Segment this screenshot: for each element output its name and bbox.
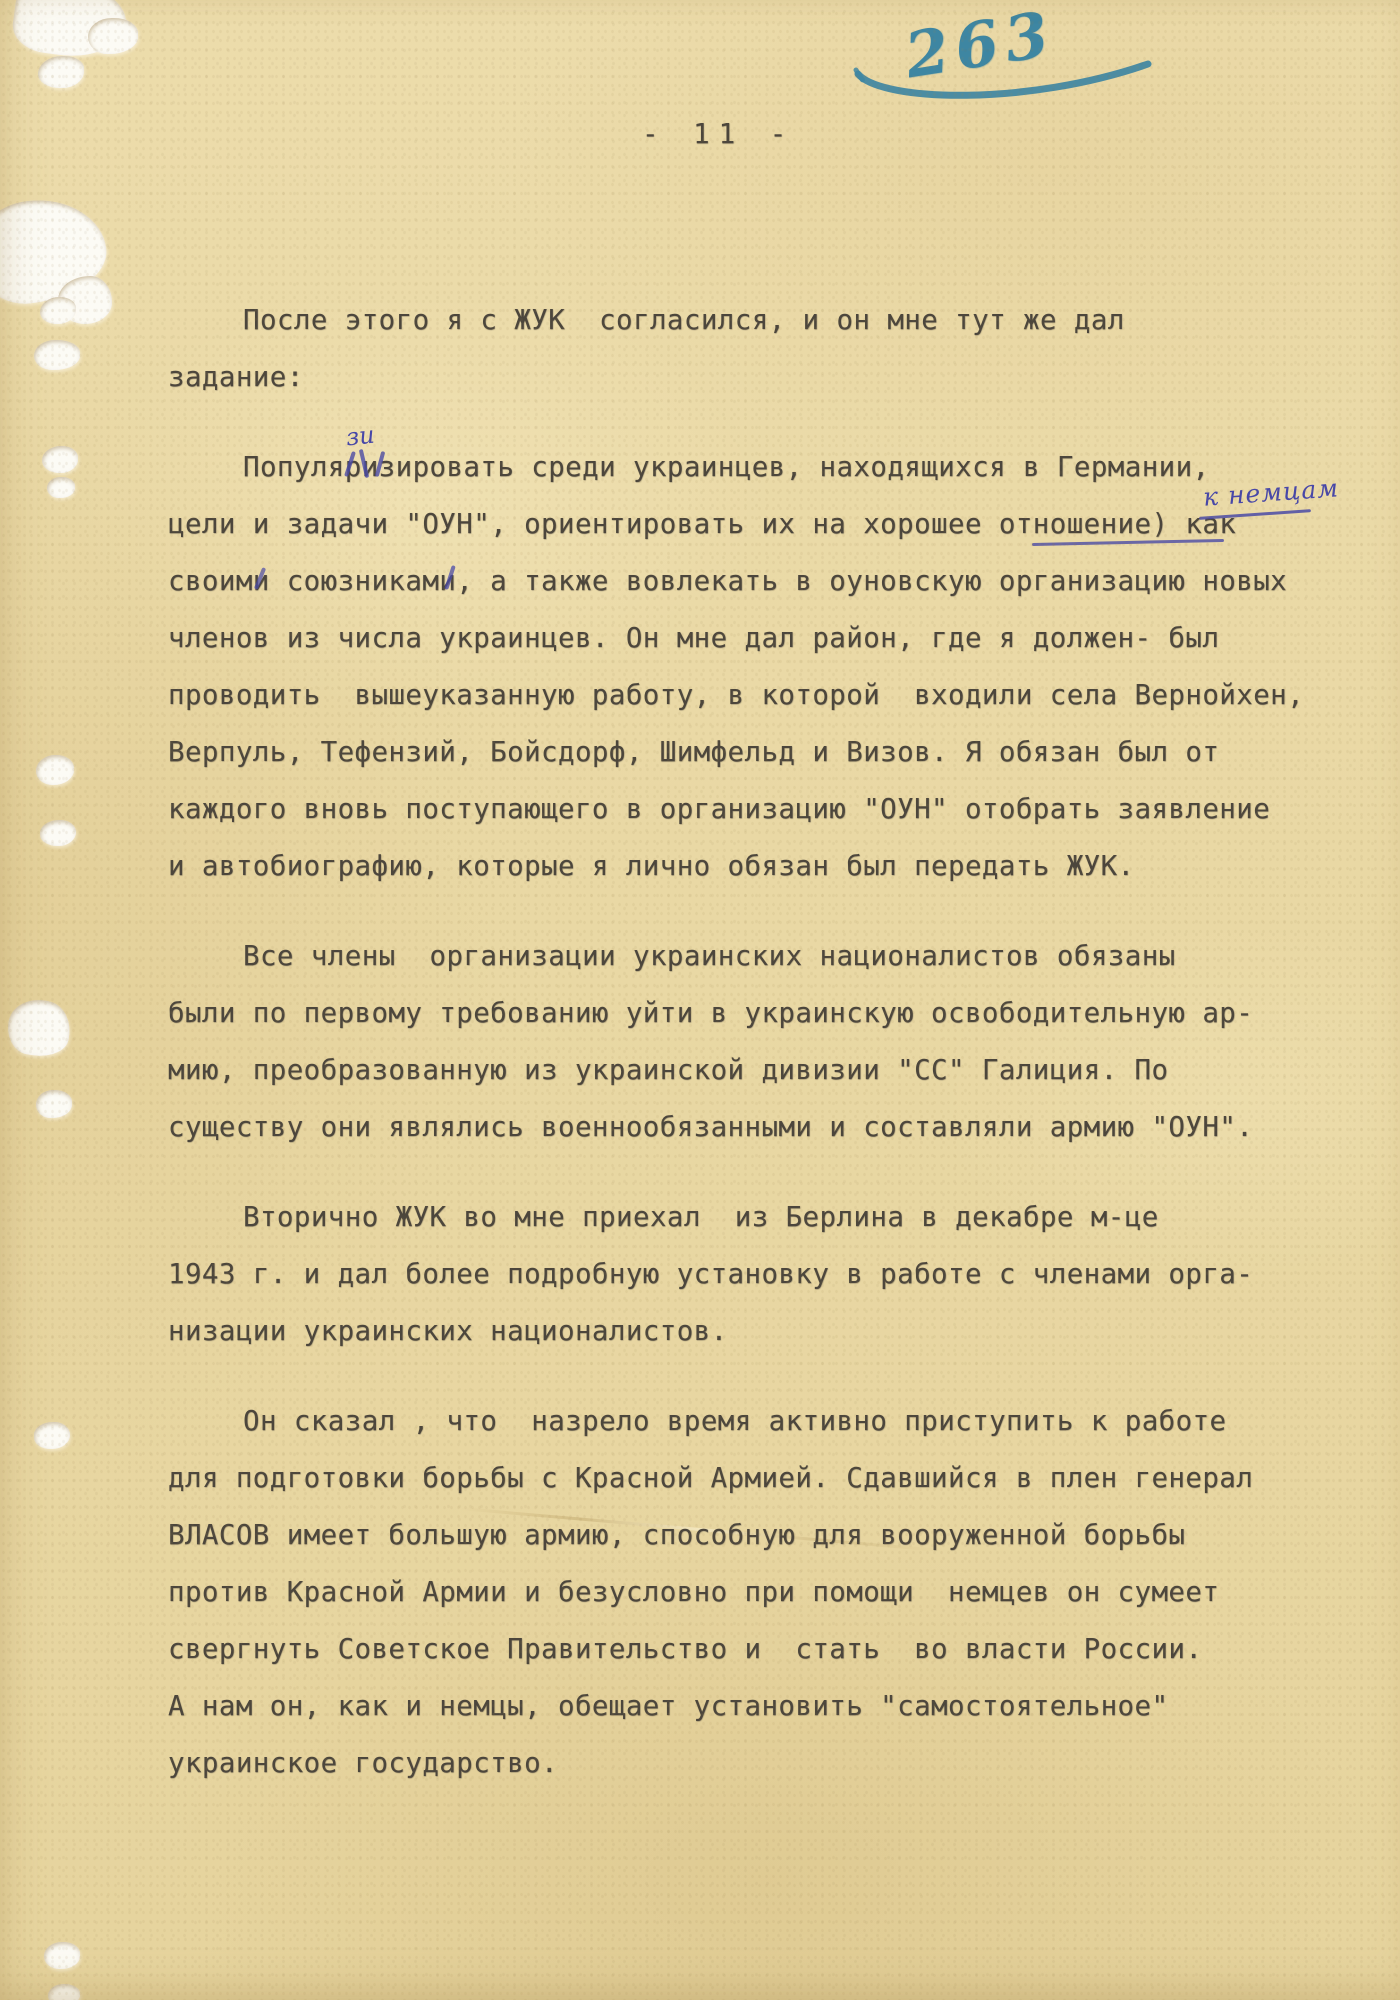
typed-line: мию, преобразованную из украинской дивиз… bbox=[168, 1042, 1304, 1099]
scanned-document-page: { "page": { "archival_number": "263", "p… bbox=[0, 0, 1400, 2000]
typed-line: существу они являлись военнообязанными и… bbox=[168, 1099, 1304, 1156]
archival-number-underline bbox=[848, 50, 1158, 112]
typed-line: Он сказал , что назрело время активно пр… bbox=[168, 1393, 1304, 1450]
typed-line: были по первому требованию уйти в украин… bbox=[168, 985, 1304, 1042]
typed-line: Вторично ЖУК во мне приехал из Берлина в… bbox=[168, 1189, 1304, 1246]
typed-line: ВЛАСОВ имеет большую армию, способную дл… bbox=[168, 1507, 1304, 1564]
punch-hole bbox=[38, 56, 84, 88]
typed-line: задание: bbox=[168, 349, 1304, 406]
typed-line: своими союзниками, а также вовлекать в о… bbox=[168, 553, 1304, 610]
typed-line: Популяризировать среди украинцев, находя… bbox=[168, 439, 1304, 496]
typed-line: Верпуль, Тефензий, Бойсдорф, Шимфельд и … bbox=[168, 724, 1304, 781]
punch-hole bbox=[47, 477, 75, 498]
typed-line: 1943 г. и дал более подробную установку … bbox=[168, 1246, 1304, 1303]
typed-line: и автобиографию, которые я лично обязан … bbox=[168, 838, 1304, 895]
typed-line: украинское государство. bbox=[168, 1735, 1304, 1792]
typed-line: А нам он, как и немцы, обещает установит… bbox=[168, 1678, 1304, 1735]
punch-hole bbox=[48, 1984, 80, 2000]
torn-edge bbox=[4, 995, 75, 1061]
punch-hole bbox=[40, 820, 76, 846]
punch-hole bbox=[44, 1942, 80, 1969]
punch-hole bbox=[34, 1422, 70, 1449]
torn-edge bbox=[88, 18, 138, 54]
typed-line: цели и задачи "ОУН", ориентировать их на… bbox=[168, 496, 1304, 553]
typed-line: проводить вышеуказанную работу, в которо… bbox=[168, 667, 1304, 724]
typed-line: против Красной Армии и безусловно при по… bbox=[168, 1564, 1304, 1621]
punch-hole bbox=[34, 340, 80, 370]
punch-hole bbox=[36, 1090, 72, 1118]
punch-hole bbox=[36, 755, 74, 785]
punch-hole bbox=[42, 446, 78, 473]
typed-line: членов из числа украинцев. Он мне дал ра… bbox=[168, 610, 1304, 667]
typed-line: Все члены организации украинских национа… bbox=[168, 928, 1304, 985]
typed-line: для подготовки борьбы с Красной Армией. … bbox=[168, 1450, 1304, 1507]
typed-line: каждого вновь поступающего в организацию… bbox=[168, 781, 1304, 838]
typed-text-block: После этого я с ЖУК согласился, и он мне… bbox=[168, 292, 1304, 1792]
page-number: - 11 - bbox=[642, 118, 795, 150]
typed-line: низации украинских националистов. bbox=[168, 1303, 1304, 1360]
typed-line: свергнуть Советское Правительство и стат… bbox=[168, 1621, 1304, 1678]
handwritten-insertion-zi: зи bbox=[345, 421, 376, 452]
typed-line: После этого я с ЖУК согласился, и он мне… bbox=[168, 292, 1304, 349]
